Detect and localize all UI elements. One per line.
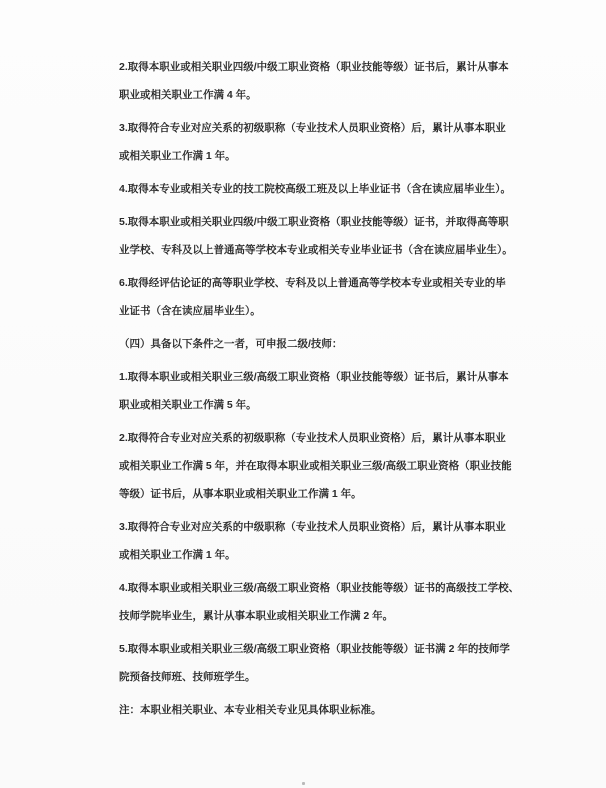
paragraph-footnote: 注：本职业相关职业、本专业相关专业见具体职业标准。 — [119, 696, 588, 724]
text-line: 等级）证书后，从事本职业或相关职业工作满 1 年。 — [119, 480, 588, 508]
text-line: 或相关职业工作满 1 年。 — [119, 142, 588, 170]
paragraph-item-2-level3: 2.取得本职业或相关职业四级/中级工职业资格（职业技能等级）证书后，累计从事本 … — [119, 53, 588, 109]
text-line: 2.取得本职业或相关职业四级/中级工职业资格（职业技能等级）证书后，累计从事本 — [119, 53, 588, 81]
text-line: 6.取得经评估论证的高等职业学校、专科及以上普通高等学校本专业或相关专业的毕 — [119, 269, 588, 297]
scan-artifact-dot — [302, 782, 305, 785]
section-heading-line: （四）具备以下条件之一者，可申报二级/技师： — [119, 330, 588, 358]
text-line: 或相关职业工作满 5 年，并在取得本职业或相关职业三级/高级工职业资格（职业技能 — [119, 452, 588, 480]
text-line: 1.取得本职业或相关职业三级/高级工职业资格（职业技能等级）证书后，累计从事本 — [119, 363, 588, 391]
document-text-block: 2.取得本职业或相关职业四级/中级工职业资格（职业技能等级）证书后，累计从事本 … — [119, 53, 588, 729]
paragraph-item-1-level2: 1.取得本职业或相关职业三级/高级工职业资格（职业技能等级）证书后，累计从事本 … — [119, 363, 588, 419]
paragraph-item-6-level3: 6.取得经评估论证的高等职业学校、专科及以上普通高等学校本专业或相关专业的毕 业… — [119, 269, 588, 325]
paragraph-item-2-level2: 2.取得符合专业对应关系的初级职称（专业技术人员职业资格）后，累计从事本职业 或… — [119, 424, 588, 508]
text-line: 院预备技师班、技师班学生。 — [119, 663, 588, 691]
paragraph-item-3-level2: 3.取得符合专业对应关系的中级职称（专业技术人员职业资格）后，累计从事本职业 或… — [119, 513, 588, 569]
text-line: 5.取得本职业或相关职业四级/中级工职业资格（职业技能等级）证书，并取得高等职 — [119, 208, 588, 236]
text-line: 2.取得符合专业对应关系的初级职称（专业技术人员职业资格）后，累计从事本职业 — [119, 424, 588, 452]
paragraph-item-4-level2: 4.取得本职业或相关职业三级/高级工职业资格（职业技能等级）证书的高级技工学校、… — [119, 574, 588, 630]
text-line: 技师学院毕业生，累计从事本职业或相关职业工作满 2 年。 — [119, 602, 588, 630]
footnote-line: 注：本职业相关职业、本专业相关专业见具体职业标准。 — [119, 696, 588, 724]
text-line: 4.取得本专业或相关专业的技工院校高级工班及以上毕业证书（含在读应届毕业生）。 — [119, 175, 588, 203]
paragraph-section-4-heading: （四）具备以下条件之一者，可申报二级/技师： — [119, 330, 588, 358]
paragraph-item-5-level3: 5.取得本职业或相关职业四级/中级工职业资格（职业技能等级）证书，并取得高等职 … — [119, 208, 588, 264]
text-line: 3.取得符合专业对应关系的初级职称（专业技术人员职业资格）后，累计从事本职业 — [119, 114, 588, 142]
paragraph-item-4-level3: 4.取得本专业或相关专业的技工院校高级工班及以上毕业证书（含在读应届毕业生）。 — [119, 175, 588, 203]
paragraph-item-5-level2: 5.取得本职业或相关职业三级/高级工职业资格（职业技能等级）证书满 2 年的技师… — [119, 635, 588, 691]
text-line: 4.取得本职业或相关职业三级/高级工职业资格（职业技能等级）证书的高级技工学校、 — [119, 574, 588, 602]
paragraph-item-3-level3: 3.取得符合专业对应关系的初级职称（专业技术人员职业资格）后，累计从事本职业 或… — [119, 114, 588, 170]
text-line: 或相关职业工作满 1 年。 — [119, 541, 588, 569]
text-line: 业学校、专科及以上普通高等学校本专业或相关专业毕业证书（含在读应届毕业生）。 — [119, 236, 588, 264]
text-line: 职业或相关职业工作满 4 年。 — [119, 81, 588, 109]
scanned-document-page: 2.取得本职业或相关职业四级/中级工职业资格（职业技能等级）证书后，累计从事本 … — [0, 0, 606, 788]
text-line: 业证书（含在读应届毕业生）。 — [119, 297, 588, 325]
text-line: 5.取得本职业或相关职业三级/高级工职业资格（职业技能等级）证书满 2 年的技师… — [119, 635, 588, 663]
text-line: 职业或相关职业工作满 5 年。 — [119, 391, 588, 419]
text-line: 3.取得符合专业对应关系的中级职称（专业技术人员职业资格）后，累计从事本职业 — [119, 513, 588, 541]
